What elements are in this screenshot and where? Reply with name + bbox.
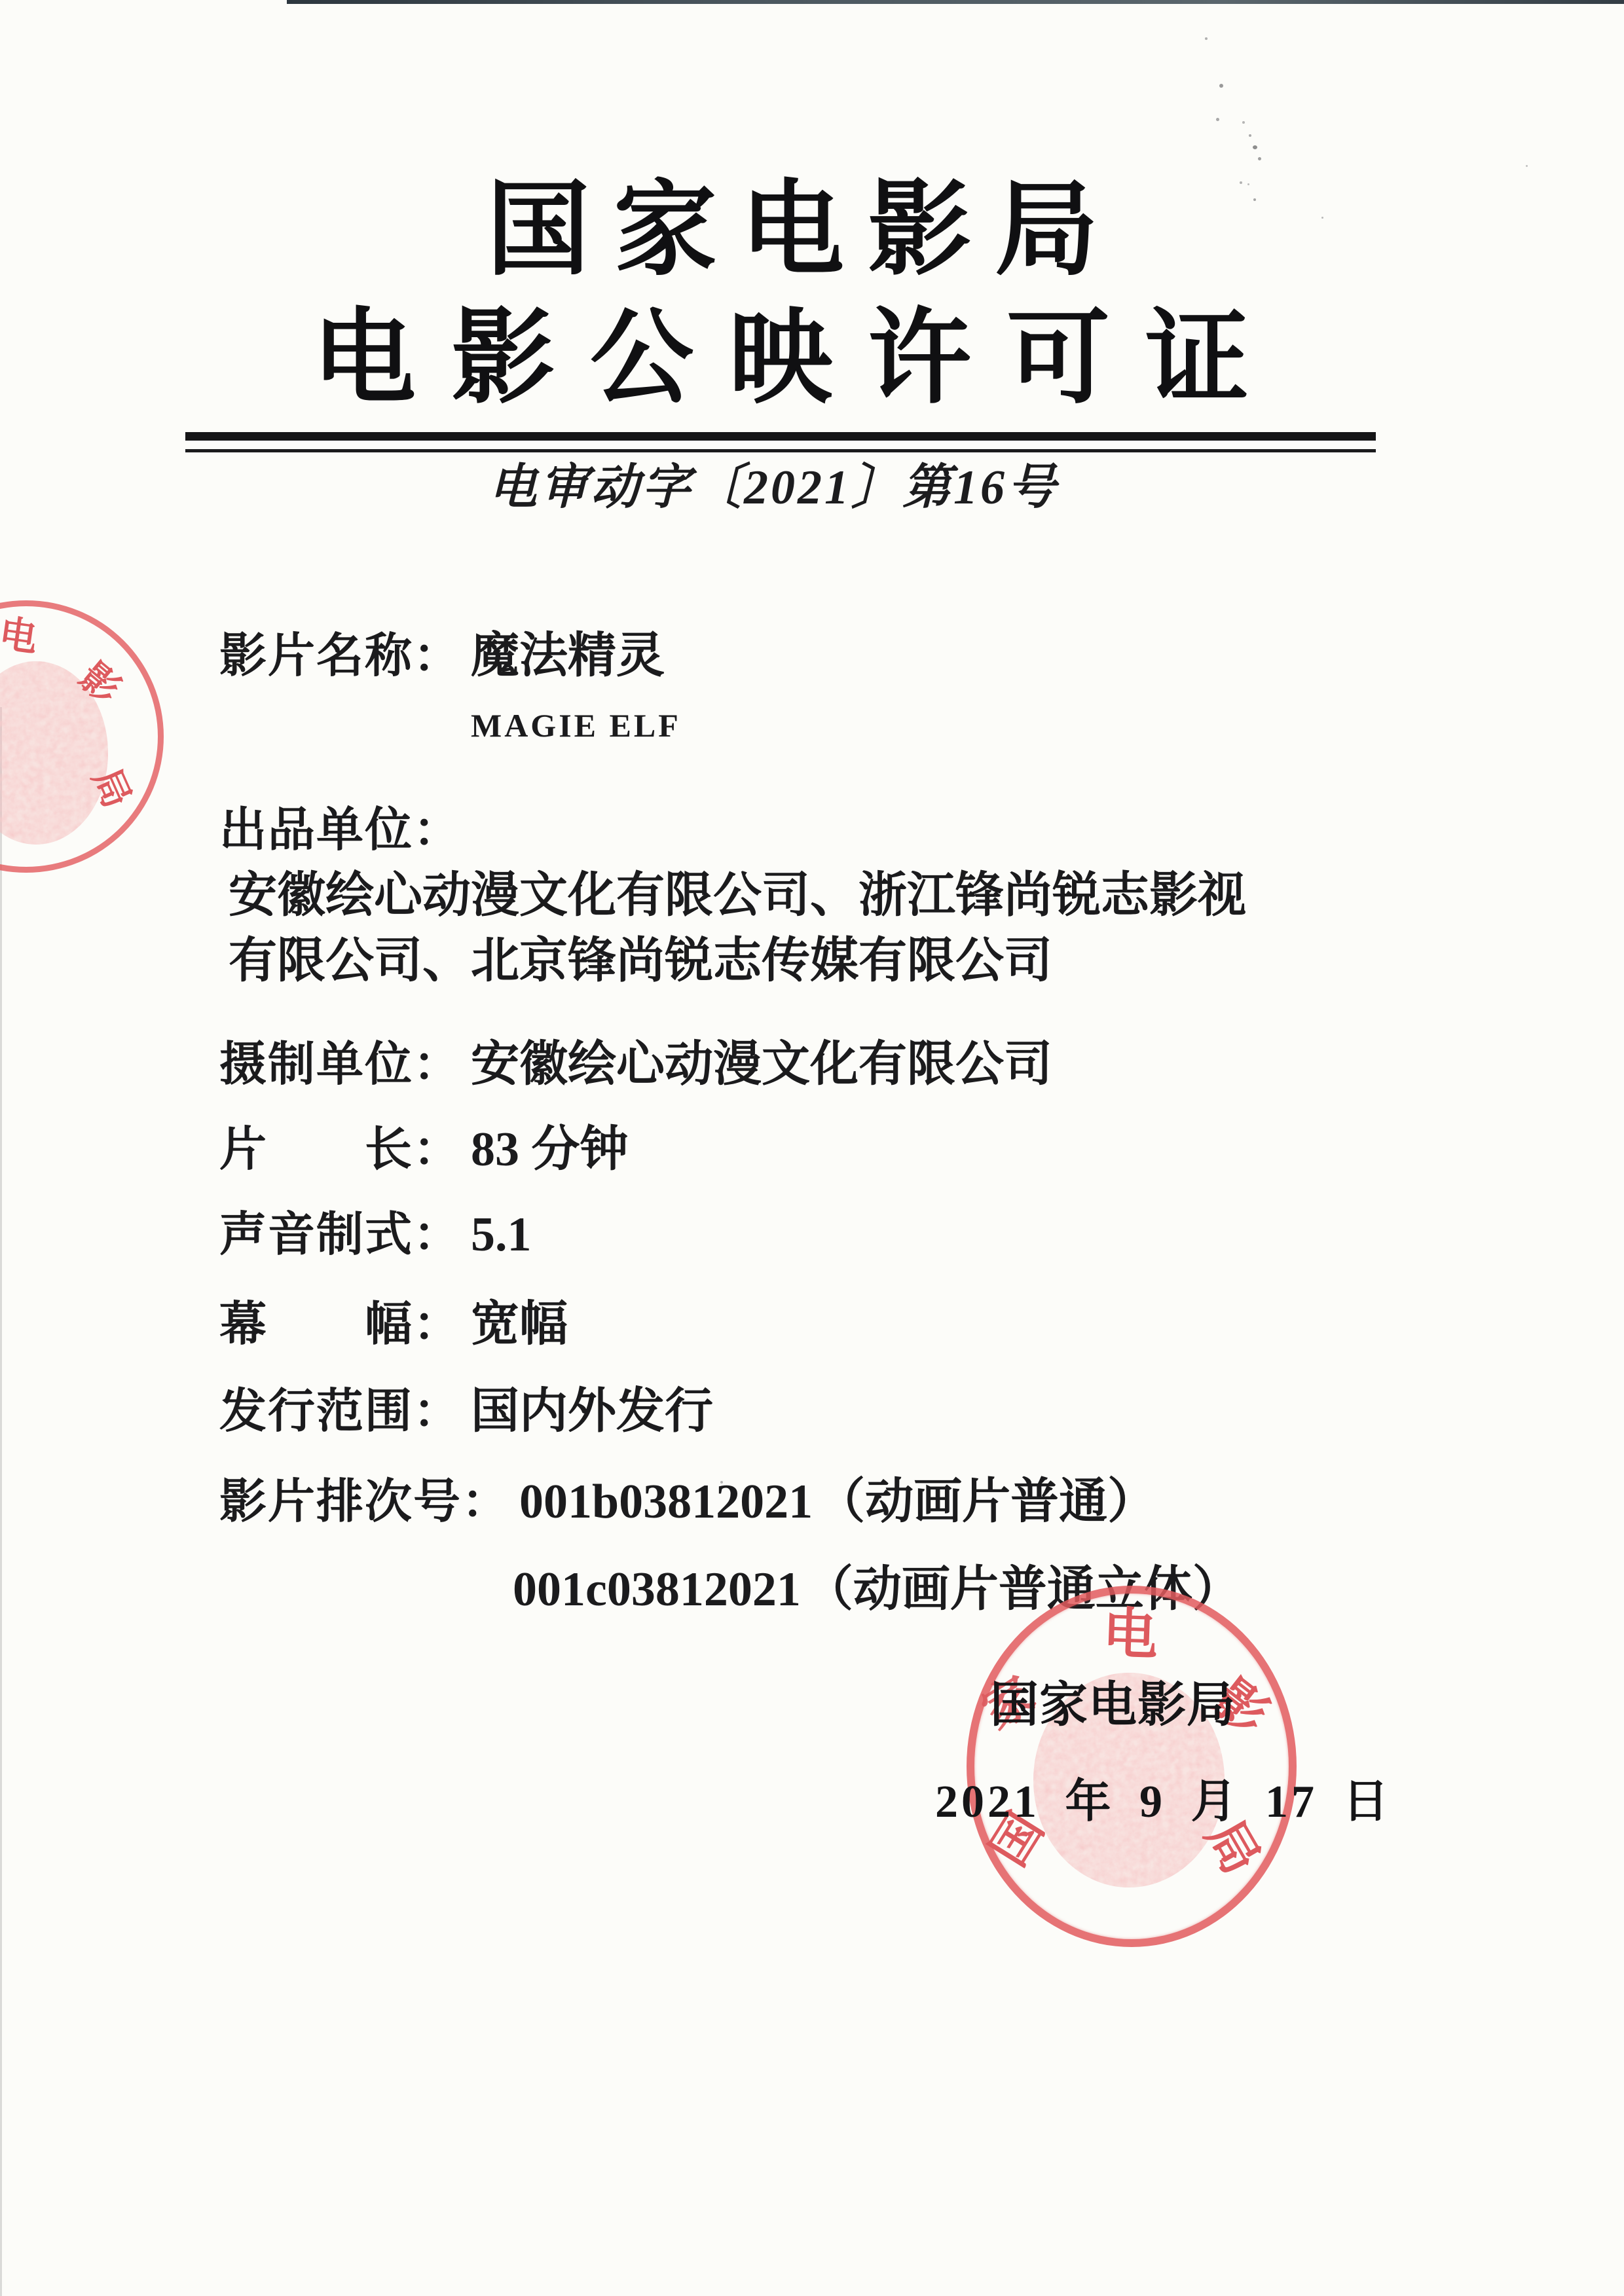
page-title-authority: 国家电影局 xyxy=(0,178,1585,282)
rule-thin xyxy=(185,449,1376,452)
scan-speck xyxy=(1249,134,1251,137)
scan-speck xyxy=(1258,157,1261,160)
scanned-permit-page: 国家电影局 电影公映许可证 电审动字〔2021〕第16号 影片名称：魔法精灵 M… xyxy=(0,0,1624,2296)
field-label: 片 长： xyxy=(219,1123,462,1176)
double-rule xyxy=(185,432,1376,452)
field-row-film-title: 影片名称：魔法精灵 MAGIE ELF xyxy=(219,623,1467,745)
field-row-running-time: 片 长：83 分钟 xyxy=(219,1117,1467,1182)
field-label: 摄制单位： xyxy=(219,1038,462,1091)
field-label: 幕 幅： xyxy=(219,1298,462,1351)
field-row-filming-company: 摄制单位：安徽绘心动漫文化有限公司 xyxy=(219,1032,1467,1097)
rule-thick xyxy=(185,432,1376,441)
scan-speck xyxy=(1205,37,1208,40)
page-title-license: 电影公映许可证 xyxy=(0,306,1561,410)
field-value-tag: （动画片普通） xyxy=(817,1474,1156,1528)
field-row-production-company: 出品单位：安徽绘心动漫文化有限公司、浙江锋尚锐志影视有限公司、北京锋尚锐志传媒有… xyxy=(219,797,1467,994)
issue-date: 2021 年 9 月 17 日 xyxy=(935,1779,1392,1825)
scan-speck xyxy=(1216,118,1219,121)
field-value: 魔法精灵 xyxy=(471,629,665,683)
field-value: 国内外发行 xyxy=(471,1385,713,1438)
scan-speck xyxy=(1253,145,1257,149)
scan-speck xyxy=(1242,121,1245,124)
field-value: 83 分钟 xyxy=(471,1123,629,1176)
official-seal-partial: 电 影 局 xyxy=(0,600,164,873)
scan-edge-left xyxy=(0,707,2,2296)
field-value: 001b03812021 xyxy=(519,1475,813,1529)
field-label: 发行范围： xyxy=(219,1385,462,1438)
field-row-release-number-1: 影片排次号：001b03812021（动画片普通） xyxy=(219,1468,1467,1535)
seal-char-dian: 电 xyxy=(0,615,40,658)
field-row-screen-format: 幕 幅：宽幅 xyxy=(219,1292,1467,1357)
field-value: 宽幅 xyxy=(471,1298,568,1351)
field-label: 影片名称： xyxy=(219,630,462,682)
scan-edge-top xyxy=(287,0,1624,4)
issuer-name: 国家电影局 xyxy=(990,1681,1236,1730)
field-row-distribution-scope: 发行范围：国内外发行 xyxy=(219,1379,1467,1444)
certificate-number: 电审动字〔2021〕第16号 xyxy=(0,464,1547,512)
certificate-fields: 影片名称：魔法精灵 MAGIE ELF 出品单位：安徽绘心动漫文化有限公司、浙江… xyxy=(219,623,1467,1622)
seal-char-dian: 电 xyxy=(1102,1606,1159,1663)
official-seal: 国 家 电 影 局 xyxy=(967,1586,1297,1947)
field-value: 安徽绘心动漫文化有限公司、浙江锋尚锐志影视有限公司、北京锋尚锐志传媒有限公司 xyxy=(229,863,1263,994)
scan-speck xyxy=(1219,84,1223,88)
field-label: 影片排次号： xyxy=(219,1476,510,1528)
field-label: 声音制式： xyxy=(219,1209,462,1261)
field-value: 安徽绘心动漫文化有限公司 xyxy=(471,1038,1052,1091)
scan-speck xyxy=(1526,165,1528,167)
film-title-english: MAGIE ELF xyxy=(471,706,1467,745)
field-value: 001c03812021 xyxy=(513,1563,801,1616)
field-row-sound-format: 声音制式：5.1 xyxy=(219,1202,1467,1267)
field-label: 出品单位： xyxy=(219,804,462,856)
field-value: 5.1 xyxy=(471,1208,532,1262)
